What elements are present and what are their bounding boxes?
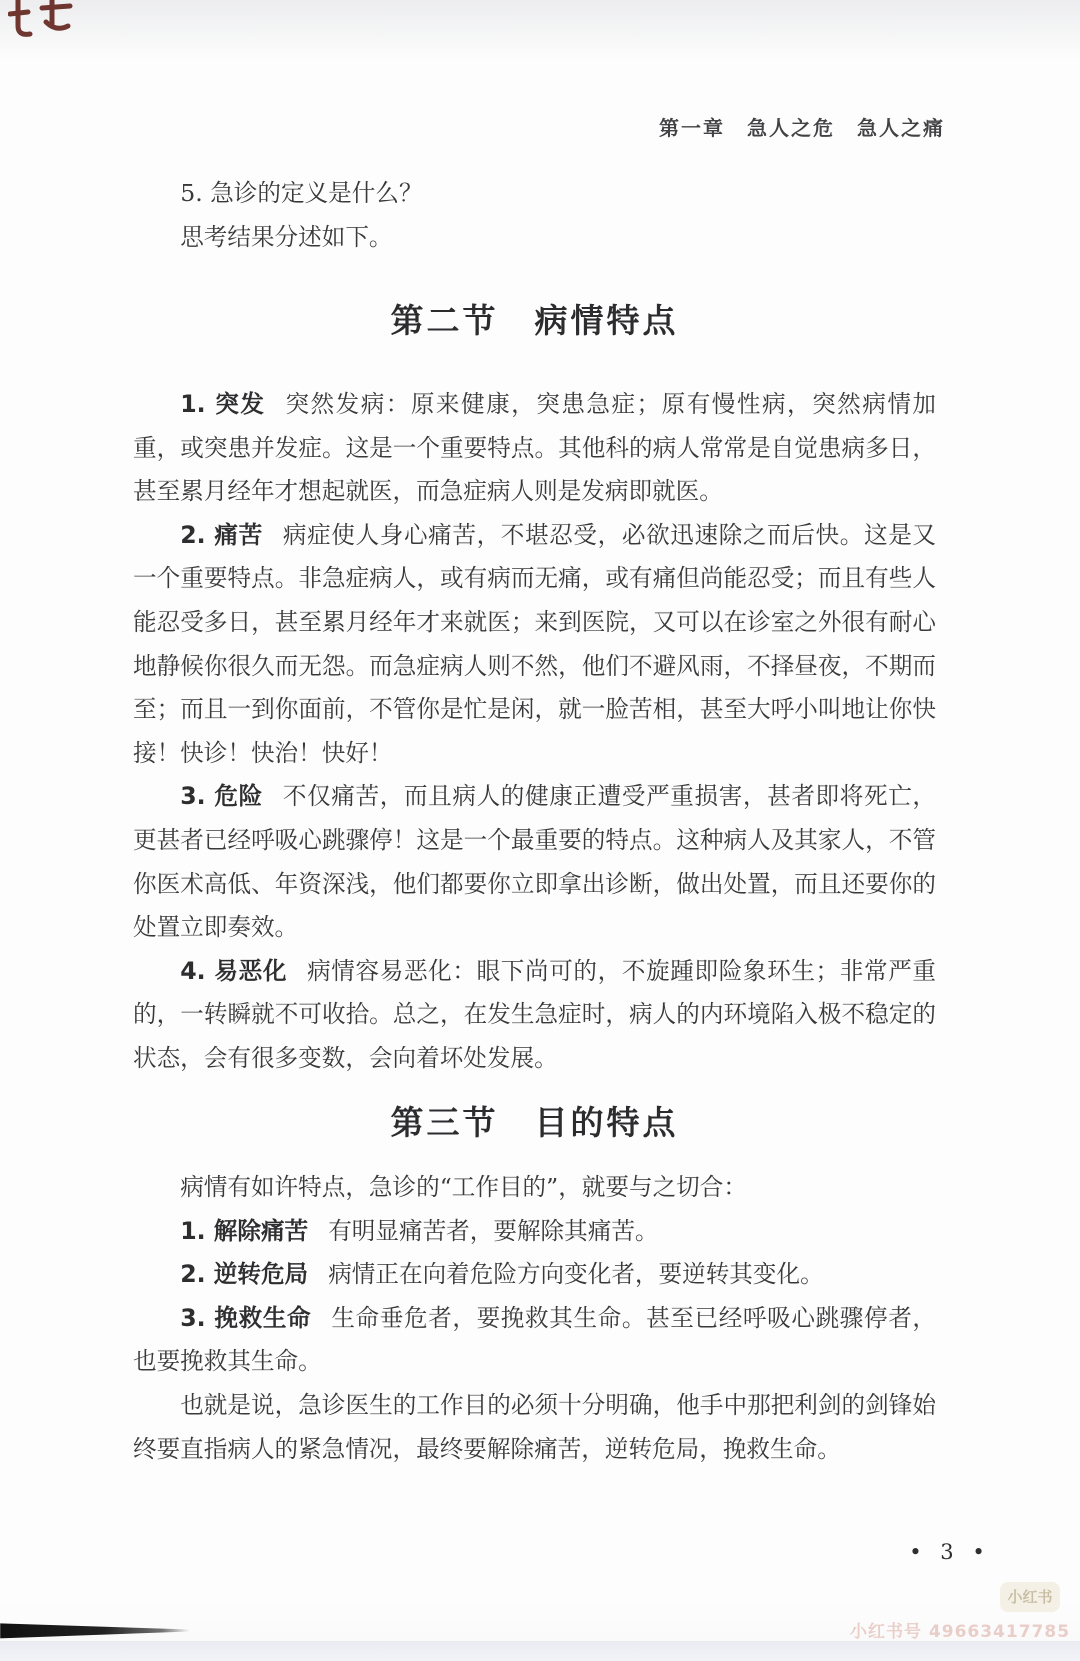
paragraph: 4. 易恶化病情容易恶化：眼下尚可的，不旋踵即险象环生；非常严重的，一转瞬就不可… xyxy=(133,950,936,1081)
paragraph: 2. 痛苦病症使人身心痛苦，不堪忍受，必欲迅速除之而后快。这是又一个重要特点。非… xyxy=(133,514,936,776)
intro-followup: 思考结果分述如下。 xyxy=(133,216,936,260)
paragraph-text: 有明显痛苦者，要解除其痛苦。 xyxy=(328,1217,658,1245)
page-number: • 3 • xyxy=(890,1540,1010,1564)
intro-question: 5. 急诊的定义是什么？ xyxy=(133,172,936,216)
paragraph-lead: 3. 挽救生命 xyxy=(180,1304,311,1332)
section3-intro: 病情有如许特点，急诊的“工作目的”，就要与之切合： xyxy=(133,1166,936,1210)
xiaohongshu-badge: 小红书 xyxy=(1000,1582,1060,1612)
paragraph: 2. 逆转危局病情正在向着危险方向变化者，要逆转其变化。 xyxy=(133,1253,936,1297)
paragraph-lead: 4. 易恶化 xyxy=(180,957,287,985)
paragraph-lead: 1. 突发 xyxy=(180,390,265,418)
intro-block: 5. 急诊的定义是什么？ 思考结果分述如下。 xyxy=(133,172,936,259)
xiaohongshu-id-watermark: 小红书号 49663417785 xyxy=(850,1617,1075,1642)
paragraph: 3. 危险不仅痛苦，而且病人的健康正遭受严重损害，甚者即将死亡，更甚者已经呼吸心… xyxy=(133,775,936,949)
section3-closing: 也就是说，急诊医生的工作目的必须十分明确，他手中那把利剑的剑锋始终要直指病人的紧… xyxy=(133,1384,936,1471)
paragraph-text: 病症使人身心痛苦，不堪忍受，必欲迅速除之而后快。这是又一个重要特点。非急症病人，… xyxy=(133,521,936,767)
section3-body: 病情有如许特点，急诊的“工作目的”，就要与之切合： 1. 解除痛苦有明显痛苦者，… xyxy=(133,1166,936,1471)
paragraph-lead: 3. 危险 xyxy=(180,782,263,810)
book-page: 第一章 急人之危 急人之痛 5. 急诊的定义是什么？ 思考结果分述如下。 第二节… xyxy=(0,0,1080,1661)
section3-title: 第三节 目的特点 xyxy=(133,1097,936,1144)
paragraph: 1. 突发突然发病：原来健康，突患急症；原有慢性病，突然病情加重，或突患并发症。… xyxy=(133,383,936,514)
footer-band xyxy=(0,1641,1080,1661)
running-header: 第一章 急人之危 急人之痛 xyxy=(133,112,945,141)
red-ink-fragment-icon xyxy=(8,0,78,44)
section3-items: 1. 解除痛苦有明显痛苦者，要解除其痛苦。2. 逆转危局病情正在向着危险方向变化… xyxy=(133,1210,936,1384)
scan-artifact-bar xyxy=(0,1622,190,1639)
paragraph-lead: 2. 痛苦 xyxy=(180,521,263,549)
section2-paragraphs: 1. 突发突然发病：原来健康，突患急症；原有慢性病，突然病情加重，或突患并发症。… xyxy=(133,383,936,1081)
paragraph: 3. 挽救生命生命垂危者，要挽救其生命。甚至已经呼吸心跳骤停者，也要挽救其生命。 xyxy=(133,1297,936,1384)
red-ink-marks xyxy=(8,0,78,48)
paragraph-lead: 2. 逆转危局 xyxy=(180,1260,308,1288)
scan-top-shading xyxy=(0,0,1080,58)
paragraph-text: 病情正在向着危险方向变化者，要逆转其变化。 xyxy=(328,1260,823,1288)
paragraph: 1. 解除痛苦有明显痛苦者，要解除其痛苦。 xyxy=(133,1210,936,1254)
section2-title: 第二节 病情特点 xyxy=(133,295,936,342)
paragraph-lead: 1. 解除痛苦 xyxy=(180,1217,308,1245)
